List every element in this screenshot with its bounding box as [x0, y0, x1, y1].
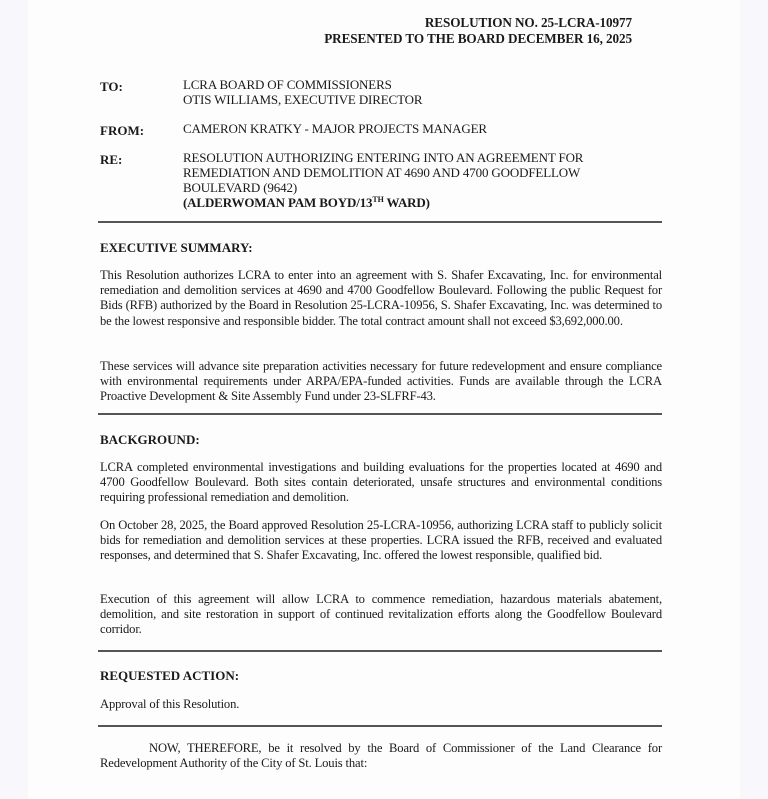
requested-action-title: REQUESTED ACTION: — [100, 668, 239, 684]
re-line-3: BOULEVARD (9642) — [183, 180, 297, 196]
to-line-2: OTIS WILLIAMS, EXECUTIVE DIRECTOR — [183, 92, 422, 108]
executive-summary-paragraph-2: These services will advance site prepara… — [100, 359, 662, 405]
re-label: RE: — [100, 152, 122, 168]
resolved-clause: NOW, THEREFORE, be it resolved by the Bo… — [100, 741, 662, 771]
from-value: CAMERON KRATKY - MAJOR PROJECTS MANAGER — [183, 121, 487, 137]
resolution-number: RESOLUTION NO. 25-LCRA-10977 — [425, 15, 632, 31]
presented-date: PRESENTED TO THE BOARD DECEMBER 16, 2025 — [324, 31, 632, 47]
re-line-1: RESOLUTION AUTHORIZING ENTERING INTO AN … — [183, 150, 583, 166]
to-line-1: LCRA BOARD OF COMMISSIONERS — [183, 77, 392, 93]
executive-summary-paragraph-1: This Resolution authorizes LCRA to enter… — [100, 268, 662, 329]
re-ward-superscript: TH — [372, 195, 383, 204]
document-page: RESOLUTION NO. 25-LCRA-10977 PRESENTED T… — [28, 0, 740, 799]
divider-2 — [98, 413, 662, 415]
to-label: TO: — [100, 79, 123, 95]
background-title: BACKGROUND: — [100, 432, 200, 448]
divider-4 — [98, 725, 662, 727]
from-label: FROM: — [100, 123, 144, 139]
re-ward-prefix: (ALDERWOMAN PAM BOYD/13 — [183, 195, 372, 210]
re-line-2: REMEDIATION AND DEMOLITION AT 4690 AND 4… — [183, 165, 580, 181]
divider-1 — [98, 221, 662, 223]
re-ward-suffix: WARD) — [384, 195, 430, 210]
requested-action-body: Approval of this Resolution. — [100, 697, 662, 712]
background-paragraph-1: LCRA completed environmental investigati… — [100, 460, 662, 506]
re-ward: (ALDERWOMAN PAM BOYD/13TH WARD) — [183, 195, 430, 211]
divider-3 — [98, 650, 662, 652]
executive-summary-title: EXECUTIVE SUMMARY: — [100, 240, 253, 256]
background-paragraph-2: On October 28, 2025, the Board approved … — [100, 518, 662, 564]
background-paragraph-3: Execution of this agreement will allow L… — [100, 592, 662, 638]
